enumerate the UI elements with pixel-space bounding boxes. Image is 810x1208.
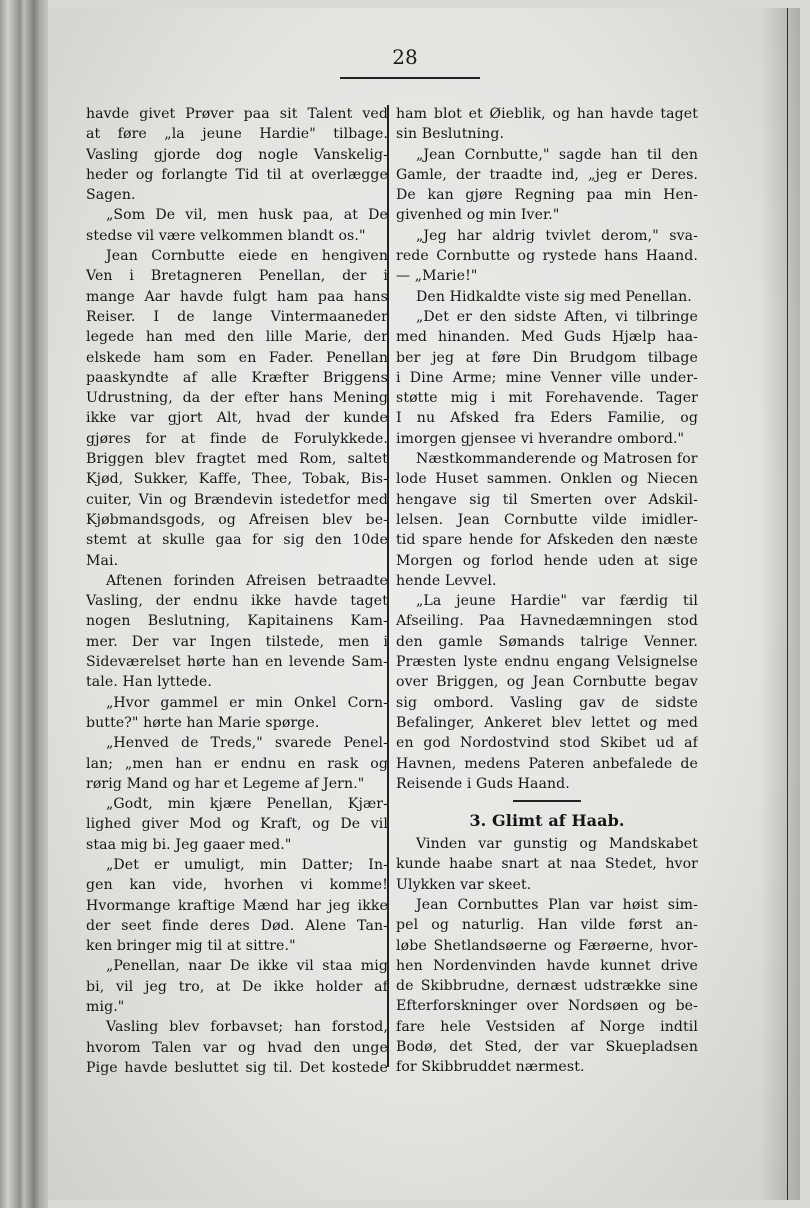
text-line: Vasling, der endnu ikke havde taget: [86, 591, 388, 611]
text-line: støtte mig i mit Forehavende. Tager: [396, 388, 698, 408]
text-line: mig.": [86, 997, 388, 1017]
text-line: tale. Han lyttede.: [86, 672, 388, 692]
text-line: Præsten lyste endnu engang Velsignelse: [396, 652, 698, 672]
text-line: havde givet Prøver paa sit Talent ved: [86, 104, 388, 124]
text-line: tid spare hende for Afskeden den næste: [396, 530, 698, 550]
text-line: heder og forlangte Tid til at overlægge: [86, 165, 388, 185]
page-number: 28: [375, 45, 435, 69]
text-line: lode Huset sammen. Onklen og Niecen: [396, 469, 698, 489]
text-line: Jean Cornbutte eiede en hengiven: [86, 246, 388, 266]
text-line: Aftenen forinden Afreisen betraadte: [86, 571, 388, 591]
text-line: hvorom Talen var og hvad den unge: [86, 1038, 388, 1058]
text-line: Mai.: [86, 551, 388, 571]
text-line: Ven i Bretagneren Penellan, der i: [86, 266, 388, 286]
text-line: mange Aar havde fulgt ham paa hans: [86, 287, 388, 307]
chapter-heading: 3. Glimt af Haab.: [396, 808, 698, 834]
text-line: elskede ham som en Fader. Penellan: [86, 348, 388, 368]
text-line: nogen Beslutning, Kapitainens Kam-: [86, 611, 388, 631]
text-line: pel og naturlig. Han vilde først an-: [396, 915, 698, 935]
text-line: Bodø, det Sted, der var Skuepladsen: [396, 1037, 698, 1057]
text-line: ikke var gjort Alt, hvad der kunde: [86, 408, 388, 428]
text-line: Kjøbmandsgods, og Afreisen blev be-: [86, 510, 388, 530]
text-line: „Jeg har aldrig tvivlet derom," sva-: [396, 226, 698, 246]
text-line: „Godt, min kjære Penellan, Kjær-: [86, 794, 388, 814]
text-line: der seet finde deres Død. Alene Tan-: [86, 916, 388, 936]
text-line: I nu Afsked fra Eders Familie, og: [396, 408, 698, 428]
text-line: Morgen og forlod hende uden at sige: [396, 551, 698, 571]
text-line: cuiter, Vin og Brændevin istedetfor med: [86, 490, 388, 510]
text-line: Efterforskninger over Nordsøen og be-: [396, 996, 698, 1016]
text-line: hengave sig til Smerten over Adskil-: [396, 490, 698, 510]
right-column: ham blot et Øieblik, og han havde tagets…: [396, 104, 698, 1078]
text-line: Befalinger, Ankeret blev lettet og med: [396, 713, 698, 733]
text-line: gjøres for at finde de Forulykkede.: [86, 429, 388, 449]
text-line: „Henved de Treds," svarede Penel-: [86, 733, 388, 753]
text-line: Vinden var gunstig og Mandskabet: [396, 834, 698, 854]
text-line: lelsen. Jean Cornbutte vilde imidler-: [396, 510, 698, 530]
left-column: havde givet Prøver paa sit Talent vedat …: [86, 104, 388, 1078]
text-line: Sagen.: [86, 185, 388, 205]
text-line: — „Marie!": [396, 266, 698, 286]
text-line: ber jeg at føre Din Brudgom tilbage: [396, 348, 698, 368]
text-line: Vasling gjorde dog nogle Vanskelig-: [86, 145, 388, 165]
text-line: Næstkommanderende og Matrosen for-: [396, 449, 698, 469]
text-line: butte?" hørte han Marie spørge.: [86, 713, 388, 733]
text-line: Reisende i Guds Haand.: [396, 774, 698, 794]
text-line: De kan gjøre Regning paa min Hen-: [396, 185, 698, 205]
text-line: for Skibbruddet nærmest.: [396, 1057, 698, 1077]
text-line: kunde haabe snart at naa Stedet, hvor: [396, 854, 698, 874]
text-line: Den Hidkaldte viste sig med Penellan.: [396, 287, 698, 307]
text-line: lan; „men han er endnu en rask og: [86, 754, 388, 774]
text-line: „Jean Cornbutte," sagde han til den: [396, 145, 698, 165]
book-binding: [0, 0, 48, 1208]
text-line: at føre „la jeune Hardie" tilbage.: [86, 124, 388, 144]
header-rule: [340, 77, 480, 79]
text-line: Reiser. I de lange Vintermaaneder: [86, 307, 388, 327]
text-line: løbe Shetlandsøerne og Færøerne, hvor-: [396, 936, 698, 956]
section-rule: [513, 800, 581, 802]
page-edge: [787, 8, 788, 1200]
text-line: Sideværelset hørte han en levende Sam-: [86, 652, 388, 672]
text-line: Udrustning, da der efter hans Mening: [86, 388, 388, 408]
text-line: Havnen, medens Pateren anbefalede de: [396, 754, 698, 774]
text-line: Ulykken var skeet.: [396, 875, 698, 895]
text-line: „Som De vil, men husk paa, at De: [86, 205, 388, 225]
text-line: lighed giver Mod og Kraft, og De vil: [86, 814, 388, 834]
text-line: mer. Der var Ingen tilstede, men i: [86, 632, 388, 652]
text-line: „Penellan, naar De ikke vil staa mig: [86, 956, 388, 976]
text-line: ham blot et Øieblik, og han havde taget: [396, 104, 698, 124]
text-line: hende Levvel.: [396, 571, 698, 591]
text-line: rede Cornbutte og rystede hans Haand.: [396, 246, 698, 266]
text-line: fare hele Vestsiden af Norge indtil: [396, 1017, 698, 1037]
text-line: staa mig bi. Jeg gaaer med.": [86, 835, 388, 855]
text-line: Vasling blev forbavset; han forstod,: [86, 1017, 388, 1037]
text-line: Afseiling. Paa Havnedæmningen stod: [396, 611, 698, 631]
text-line: sin Beslutning.: [396, 124, 698, 144]
text-line: over Briggen, og Jean Cornbutte begav: [396, 672, 698, 692]
text-line: Briggen blev fragtet med Rom, saltet: [86, 449, 388, 469]
text-line: Pige havde besluttet sig til. Det kosted…: [86, 1058, 388, 1078]
text-line: i Dine Arme; mine Venner ville under-: [396, 368, 698, 388]
text-line: rørig Mand og har et Legeme af Jern.": [86, 774, 388, 794]
text-line: „Det er den sidste Aften, vi tilbringe: [396, 307, 698, 327]
text-line: imorgen gjensee vi hverandre ombord.": [396, 429, 698, 449]
text-line: med hinanden. Med Guds Hjælp haa-: [396, 327, 698, 347]
text-line: Gamle, der traadte ind, „jeg er Deres.: [396, 165, 698, 185]
column-divider: [387, 105, 389, 1067]
text-line: „La jeune Hardie" var færdig til: [396, 591, 698, 611]
text-line: Kjød, Sukker, Kaffe, Thee, Tobak, Bis-: [86, 469, 388, 489]
text-line: ken bringer mig til at sittre.": [86, 936, 388, 956]
text-line: hen Nordenvinden havde kunnet drive: [396, 956, 698, 976]
text-line: „Hvor gammel er min Onkel Corn-: [86, 693, 388, 713]
text-line: „Det er umuligt, min Datter; In-: [86, 855, 388, 875]
text-line: stemt at skulle gaa for sig den 10de: [86, 530, 388, 550]
text-line: bi, vil jeg tro, at De ikke holder af: [86, 977, 388, 997]
text-line: stedse vil være velkommen blandt os.": [86, 226, 388, 246]
text-line: den gamle Sømands talrige Venner.: [396, 632, 698, 652]
text-line: de Skibbrudne, dernæst udstrække sine: [396, 976, 698, 996]
text-line: givenhed og min Iver.": [396, 205, 698, 225]
text-line: gen kan vide, hvorhen vi komme!: [86, 875, 388, 895]
text-line: paaskyndte af alle Kræfter Briggens: [86, 368, 388, 388]
text-line: Hvormange kraftige Mænd har jeg ikke: [86, 896, 388, 916]
text-line: sig ombord. Vasling gav de sidste: [396, 693, 698, 713]
text-line: Jean Cornbuttes Plan var høist sim-: [396, 895, 698, 915]
text-line: legede han med den lille Marie, der: [86, 327, 388, 347]
text-line: en god Nordostvind stod Skibet ud af: [396, 733, 698, 753]
